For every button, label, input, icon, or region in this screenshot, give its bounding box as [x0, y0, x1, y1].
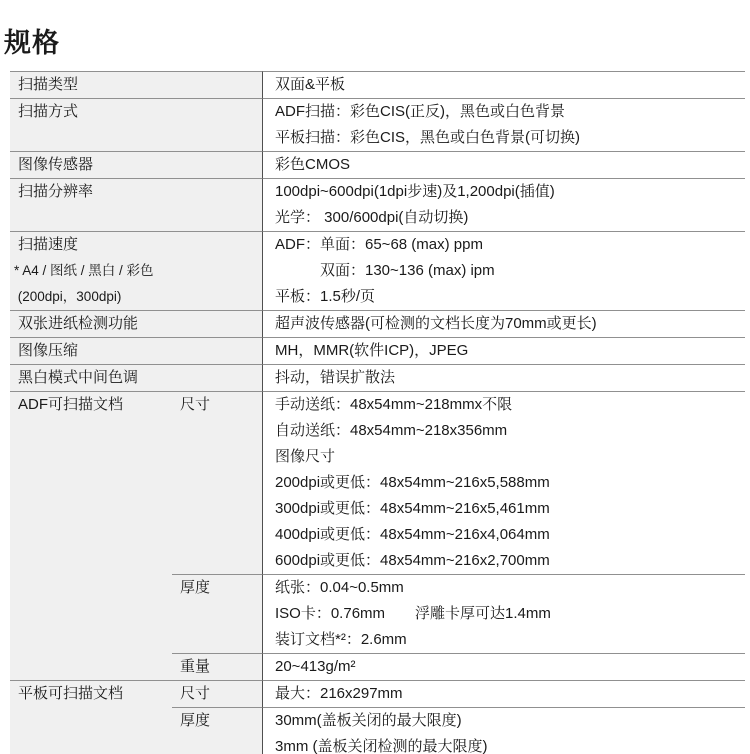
spec-label-note: * A4 / 图纸 / 黑白 / 彩色	[14, 258, 258, 284]
spec-value-line: 自动送纸：48x54mm~218x356mm	[275, 418, 739, 444]
spec-value-line: 30mm(盖板关闭的最大限度)	[275, 708, 739, 734]
spec-value-cell: 彩色CMOS	[262, 151, 745, 178]
spec-label-cell: 扫描分辨率	[10, 178, 262, 231]
spec-value-cell: ADF：单面：65~68 (max) ppm 双面：130~136 (max) …	[262, 231, 745, 310]
spec-label-cell: 扫描方式	[10, 98, 262, 151]
page-title: 规格	[4, 28, 60, 58]
spec-label: 扫描速度	[18, 232, 258, 258]
spec-value-cell: 抖动，错误扩散法	[262, 364, 745, 391]
spec-label: 双张进纸检测功能	[18, 311, 258, 337]
spec-value-cell: 最大：216x297mm	[262, 680, 745, 707]
spec-value-cell: 手动送纸：48x54mm~218mmx不限自动送纸：48x54mm~218x35…	[262, 391, 745, 574]
spec-value-line: 抖动，错误扩散法	[275, 365, 739, 391]
spec-value-line: 图像尺寸	[275, 444, 739, 470]
spec-row: 厚度30mm(盖板关闭的最大限度)3mm (盖板关闭检测的最大限度)	[10, 707, 745, 754]
spec-value-cell: 30mm(盖板关闭的最大限度)3mm (盖板关闭检测的最大限度)	[262, 707, 745, 754]
spec-value-line: 平板：1.5秒/页	[275, 284, 739, 310]
spec-value-line: 300dpi或更低：48x54mm~216x5,461mm	[275, 496, 739, 522]
spec-value-line: 最大：216x297mm	[275, 681, 739, 707]
spec-label-cell: 双张进纸检测功能	[10, 310, 262, 337]
spec-label-cell: 平板可扫描文档	[10, 680, 172, 707]
spec-row: 扫描速度* A4 / 图纸 / 黑白 / 彩色 (200dpi，300dpi)A…	[10, 231, 745, 310]
spec-label-cell: 黑白模式中间色调	[10, 364, 262, 391]
spec-value-line: 200dpi或更低：48x54mm~216x5,588mm	[275, 470, 739, 496]
spec-row: 厚度纸张：0.04~0.5mmISO卡：0.76mm 浮雕卡厚可达1.4mm装订…	[10, 574, 745, 653]
spec-label-cell: 图像压缩	[10, 337, 262, 364]
spec-label: ADF可扫描文档	[18, 392, 168, 418]
spec-value-cell: ADF扫描：彩色CIS(正反)，黑色或白色背景平板扫描：彩色CIS，黑色或白色背…	[262, 98, 745, 151]
spec-label-cell	[10, 574, 172, 653]
spec-row: 扫描方式ADF扫描：彩色CIS(正反)，黑色或白色背景平板扫描：彩色CIS，黑色…	[10, 98, 745, 151]
spec-value-line: 3mm (盖板关闭检测的最大限度)	[275, 734, 739, 754]
spec-label: 黑白模式中间色调	[18, 365, 258, 391]
spec-value-line: ADF：单面：65~68 (max) ppm	[275, 232, 739, 258]
spec-value-line: 装订文档*²：2.6mm	[275, 627, 739, 653]
spec-label-note: (200dpi，300dpi)	[14, 284, 258, 310]
spec-value-cell: 20~413g/m²	[262, 653, 745, 680]
spec-value-line: 600dpi或更低：48x54mm~216x2,700mm	[275, 548, 739, 574]
spec-row: 平板可扫描文档尺寸最大：216x297mm	[10, 680, 745, 707]
spec-value-line: 平板扫描：彩色CIS，黑色或白色背景(可切换)	[275, 125, 739, 151]
spec-sublabel: 厚度	[172, 707, 262, 754]
spec-table: 扫描类型双面&平板扫描方式ADF扫描：彩色CIS(正反)，黑色或白色背景平板扫描…	[10, 71, 745, 754]
spec-label: 平板可扫描文档	[18, 681, 168, 707]
spec-row: 图像传感器彩色CMOS	[10, 151, 745, 178]
spec-value-line: 400dpi或更低：48x54mm~216x4,064mm	[275, 522, 739, 548]
spec-label: 图像压缩	[18, 338, 258, 364]
spec-value-line: 双面：130~136 (max) ipm	[275, 258, 739, 284]
spec-value-line: 双面&平板	[275, 72, 739, 98]
spec-sublabel: 厚度	[172, 574, 262, 653]
spec-row: 重量20~413g/m²	[10, 653, 745, 680]
spec-label-cell	[10, 653, 172, 680]
spec-label: 扫描类型	[18, 72, 258, 98]
spec-row: 扫描分辨率100dpi~600dpi(1dpi步速)及1,200dpi(插值)光…	[10, 178, 745, 231]
spec-label-cell: 图像传感器	[10, 151, 262, 178]
spec-row: 双张进纸检测功能超声波传感器(可检测的文档长度为70mm或更长)	[10, 310, 745, 337]
spec-label-cell: 扫描速度* A4 / 图纸 / 黑白 / 彩色 (200dpi，300dpi)	[10, 231, 262, 310]
spec-sublabel: 尺寸	[172, 680, 262, 707]
spec-row: ADF可扫描文档尺寸手动送纸：48x54mm~218mmx不限自动送纸：48x5…	[10, 391, 745, 574]
spec-value-line: MH，MMR(软件ICP)，JPEG	[275, 338, 739, 364]
spec-row: 黑白模式中间色调抖动，错误扩散法	[10, 364, 745, 391]
spec-value-line: 光学： 300/600dpi(自动切换)	[275, 205, 739, 231]
spec-value-cell: 双面&平板	[262, 71, 745, 98]
spec-value-cell: MH，MMR(软件ICP)，JPEG	[262, 337, 745, 364]
spec-label: 图像传感器	[18, 152, 258, 178]
spec-sublabel: 尺寸	[172, 391, 262, 574]
spec-label-cell: ADF可扫描文档	[10, 391, 172, 574]
spec-label: 扫描方式	[18, 99, 258, 125]
spec-value-line: 纸张：0.04~0.5mm	[275, 575, 739, 601]
spec-value-line: 彩色CMOS	[275, 152, 739, 178]
spec-value-line: 20~413g/m²	[275, 654, 739, 680]
spec-label-cell: 扫描类型	[10, 71, 262, 98]
spec-value-line: ADF扫描：彩色CIS(正反)，黑色或白色背景	[275, 99, 739, 125]
spec-row: 图像压缩MH，MMR(软件ICP)，JPEG	[10, 337, 745, 364]
spec-value-line: 100dpi~600dpi(1dpi步速)及1,200dpi(插值)	[275, 179, 739, 205]
spec-value-line: 超声波传感器(可检测的文档长度为70mm或更长)	[275, 311, 739, 337]
spec-sublabel: 重量	[172, 653, 262, 680]
spec-value-line: 手动送纸：48x54mm~218mmx不限	[275, 392, 739, 418]
spec-row: 扫描类型双面&平板	[10, 71, 745, 98]
spec-value-cell: 超声波传感器(可检测的文档长度为70mm或更长)	[262, 310, 745, 337]
spec-value-cell: 100dpi~600dpi(1dpi步速)及1,200dpi(插值)光学： 30…	[262, 178, 745, 231]
spec-value-cell: 纸张：0.04~0.5mmISO卡：0.76mm 浮雕卡厚可达1.4mm装订文档…	[262, 574, 745, 653]
spec-label-cell	[10, 707, 172, 754]
spec-label: 扫描分辨率	[18, 179, 258, 205]
spec-value-line: ISO卡：0.76mm 浮雕卡厚可达1.4mm	[275, 601, 739, 627]
